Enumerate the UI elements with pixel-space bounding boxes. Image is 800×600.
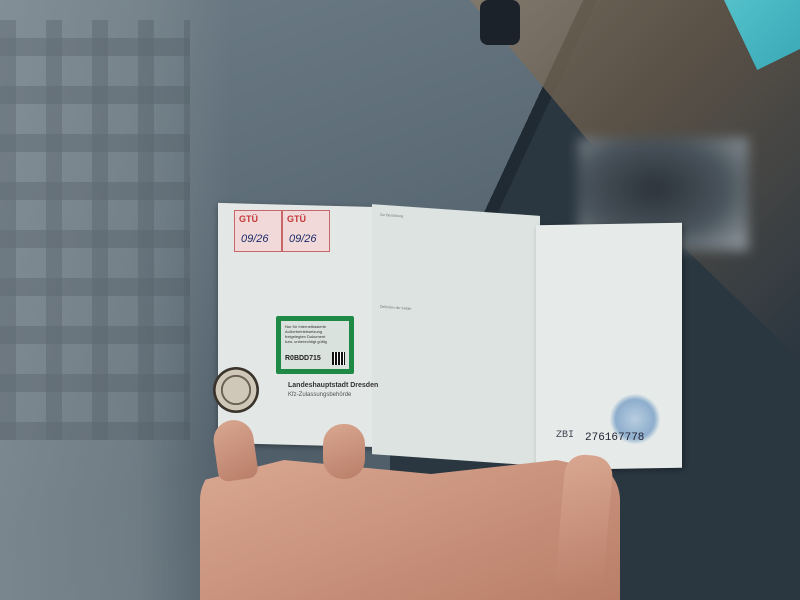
inspection-stamp-2: GTÜ 09/26 [282,210,330,252]
sticker-code: R0BDD715 [285,355,321,362]
inspection-stamp-1: GTÜ 09/26 [234,210,282,252]
zbi-label: ZBI [556,430,574,441]
stamp-date: 09/26 [241,233,269,245]
middle-heading: Zur Beachtung [380,213,403,220]
stamp-label: GTÜ [239,214,258,224]
security-sticker: Nur für Internetbasierte Außerbetriebset… [276,316,354,374]
sticker-text: Nur für Internetbasierte Außerbetriebset… [285,324,329,344]
authority-office: Kfz-Zulassungsbehörde [288,392,351,398]
document-middle-panel: Zur Beachtung Definition der Felder [372,204,540,466]
index-finger [323,424,365,479]
authority-name: Landeshauptstadt Dresden [288,382,378,389]
middle-section: Definition der Felder [380,305,412,313]
datamatrix-code-icon [332,352,345,365]
stamp-date: 09/26 [289,233,317,245]
stamp-label: GTÜ [287,214,306,224]
serial-number: 276167778 [585,432,644,444]
city-seal-icon [213,367,259,413]
